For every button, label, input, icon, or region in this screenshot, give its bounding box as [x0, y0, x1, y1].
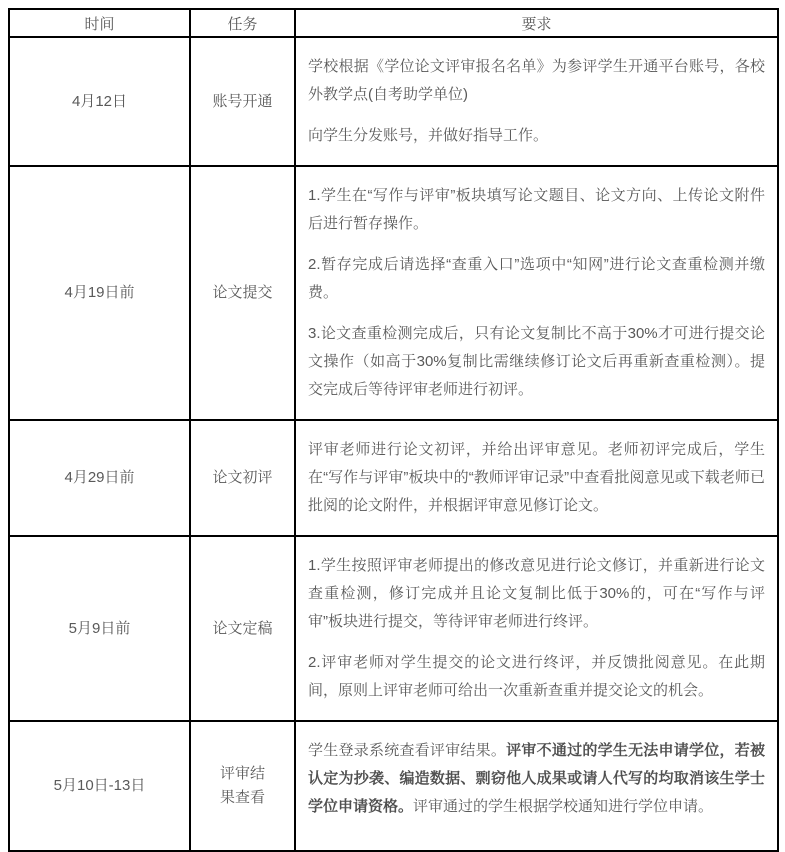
requirement-paragraph: 2.评审老师对学生提交的论文进行终评，并反馈批阅意见。在此期间，原则上评审老师可…: [308, 649, 765, 705]
time-cell: 5月10日-13日: [9, 721, 190, 851]
header-task: 任务: [190, 9, 295, 37]
table-row-final-draft: 5月9日前 论文定稿 1.学生按照评审老师提出的修改意见进行论文修订，并重新进行…: [9, 536, 778, 721]
requirements-cell: 学生登录系统查看评审结果。评审不通过的学生无法申请学位，若被认定为抄袭、编造数据…: [295, 721, 778, 851]
requirements-cell: 1.学生按照评审老师提出的修改意见进行论文修订，并重新进行论文查重检测，修订完成…: [295, 536, 778, 721]
header-row: 时间 任务 要求: [9, 9, 778, 37]
task-cell: 账号开通: [190, 37, 295, 166]
table-row-result-check: 5月10日-13日 评审结 果查看 学生登录系统查看评审结果。评审不通过的学生无…: [9, 721, 778, 851]
table-row-thesis-submission: 4月19日前 论文提交 1.学生在“写作与评审”板块填写论文题目、论文方向、上传…: [9, 166, 778, 420]
time-cell: 4月29日前: [9, 420, 190, 536]
table-row-account-opening: 4月12日 账号开通 学校根据《学位论文评审报名名单》为参评学生开通平台账号，各…: [9, 37, 778, 166]
header-time: 时间: [9, 9, 190, 37]
requirement-text: 评审通过的学生根据学校通知进行学位申请。: [413, 798, 713, 815]
requirement-paragraph: 学校根据《学位论文评审报名名单》为参评学生开通平台账号，各校外教学点(自考助学单…: [308, 53, 765, 109]
requirement-paragraph: 评审老师进行论文初评，并给出评审意见。老师初评完成后，学生在“写作与评审”板块中…: [308, 436, 765, 520]
document-page: 时间 任务 要求 4月12日 账号开通 学校根据《学位论文评审报名名单》为参评学…: [0, 0, 785, 726]
schedule-table: 时间 任务 要求 4月12日 账号开通 学校根据《学位论文评审报名名单》为参评学…: [8, 8, 779, 852]
task-cell: 评审结 果查看: [190, 721, 295, 851]
requirement-paragraph: 3.论文查重检测完成后，只有论文复制比不高于30%才可进行提交论文操作（如高于3…: [308, 320, 765, 404]
requirement-paragraph: 学生登录系统查看评审结果。评审不通过的学生无法申请学位，若被认定为抄袭、编造数据…: [308, 737, 765, 821]
requirement-text: 学生登录系统查看评审结果。: [308, 742, 506, 759]
requirement-paragraph: 向学生分发账号，并做好指导工作。: [308, 122, 765, 150]
task-cell: 论文提交: [190, 166, 295, 420]
header-requirements: 要求: [295, 9, 778, 37]
requirements-cell: 评审老师进行论文初评，并给出评审意见。老师初评完成后，学生在“写作与评审”板块中…: [295, 420, 778, 536]
time-cell: 4月12日: [9, 37, 190, 166]
time-cell: 5月9日前: [9, 536, 190, 721]
time-cell: 4月19日前: [9, 166, 190, 420]
table-row-initial-review: 4月29日前 论文初评 评审老师进行论文初评，并给出评审意见。老师初评完成后，学…: [9, 420, 778, 536]
requirements-cell: 学校根据《学位论文评审报名名单》为参评学生开通平台账号，各校外教学点(自考助学单…: [295, 37, 778, 166]
requirement-paragraph: 1.学生按照评审老师提出的修改意见进行论文修订，并重新进行论文查重检测，修订完成…: [308, 552, 765, 636]
requirement-paragraph: 1.学生在“写作与评审”板块填写论文题目、论文方向、上传论文附件后进行暂存操作。: [308, 182, 765, 238]
requirement-paragraph: 2.暂存完成后请选择“查重入口”选项中“知网”进行论文查重检测并缴费。: [308, 251, 765, 307]
requirements-cell: 1.学生在“写作与评审”板块填写论文题目、论文方向、上传论文附件后进行暂存操作。…: [295, 166, 778, 420]
task-cell: 论文定稿: [190, 536, 295, 721]
task-cell: 论文初评: [190, 420, 295, 536]
